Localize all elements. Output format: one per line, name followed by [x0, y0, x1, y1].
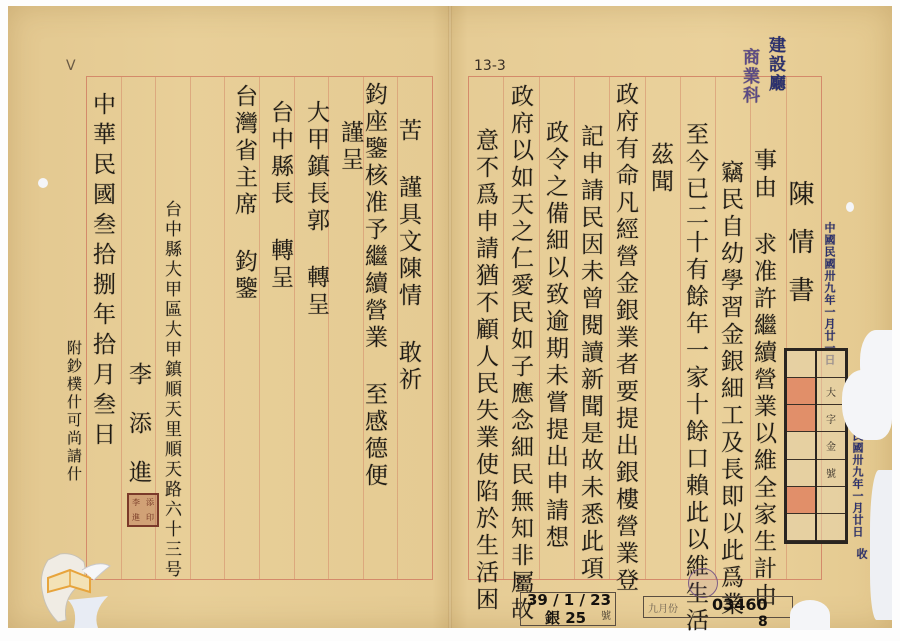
received-label: 收 — [856, 548, 867, 560]
stamp-construction-dept: 建設廳 — [766, 36, 783, 93]
text-column: 茲聞 — [648, 142, 671, 196]
file-number-stamp: 九月份 03460 — [643, 596, 793, 618]
check-mark: V — [66, 58, 76, 74]
receiving-date-stamp: 中國民國卅九年一月廿一日 — [824, 222, 835, 366]
text-column: 至今已二十有餘年一家十餘口賴此以維生活 — [683, 122, 706, 635]
paper-tear — [860, 330, 892, 390]
file-number: 03460 — [712, 595, 768, 614]
paper-tear — [38, 178, 48, 188]
text-column: 竊民自幼學習金銀細工及長即以此爲業 — [718, 160, 741, 619]
text-column: 政令之備細以致逾期未嘗提出申請想 — [543, 120, 566, 552]
addressee-governor: 台灣省主席 鈞鑒 — [232, 84, 255, 303]
text-column: 鈞座鑒核准予繼續營業 至感德便 — [362, 82, 385, 490]
page-number-note: 13-3 — [474, 58, 506, 74]
addressee-town-chief: 大甲鎮長郭 轉呈 — [304, 100, 327, 319]
petitioner-name: 李添進 — [126, 362, 149, 509]
round-stamp — [688, 568, 718, 598]
text-column: 苦 謹具文陳情 敢祈 — [396, 118, 419, 394]
file-box-label: 九月份 — [648, 600, 678, 615]
text-column: 意不爲申請猶不顧人民失業使陷於生活困 — [473, 128, 496, 614]
stamp-number: 銀 25 — [545, 607, 586, 628]
petitioner-address: 台中縣大甲區大甲鎮順天里順天路六十三号 — [162, 200, 179, 580]
archive-logo-icon — [18, 540, 138, 630]
text-column: 政府以如天之仁愛民如子應念細民無知非屬故 — [508, 84, 531, 624]
personal-seal: 李 添 進 印 — [127, 493, 159, 527]
stamp-commerce-section: 商業科 — [740, 48, 757, 105]
text-column: 事由 求准許繼續營業以維全家生計由 — [751, 148, 774, 610]
paper-tear — [870, 470, 892, 620]
file-sub-number: 8 — [758, 614, 768, 630]
text-column: 謹呈 — [338, 120, 361, 174]
receipt-stamp: 大 字 金 號 — [784, 348, 848, 544]
date-number-stamp: 39 / 1 / 23 銀 25 號 — [520, 592, 616, 626]
stamp-number-label: 號 — [601, 607, 611, 622]
addressee-county-chief: 台中縣長 轉呈 — [268, 100, 291, 292]
paper-tear — [790, 600, 830, 630]
document-date: 中華民國叁拾捌年拾月叁日 — [90, 92, 113, 452]
receiving-date-stamp-lower: 民國卅九年一月廿日 — [852, 430, 863, 538]
text-column: 記申請民因未曾閱讀新聞是故未悉此項 — [578, 124, 601, 583]
text-column: 政府有命凡經營金銀業者要提出銀樓營業登 — [613, 82, 636, 595]
margin-note: 附鈔樸什可尚請什 — [66, 340, 81, 484]
page-fold — [448, 6, 452, 628]
paper-tear — [846, 202, 854, 212]
document-title: 陳情書 — [786, 180, 812, 324]
